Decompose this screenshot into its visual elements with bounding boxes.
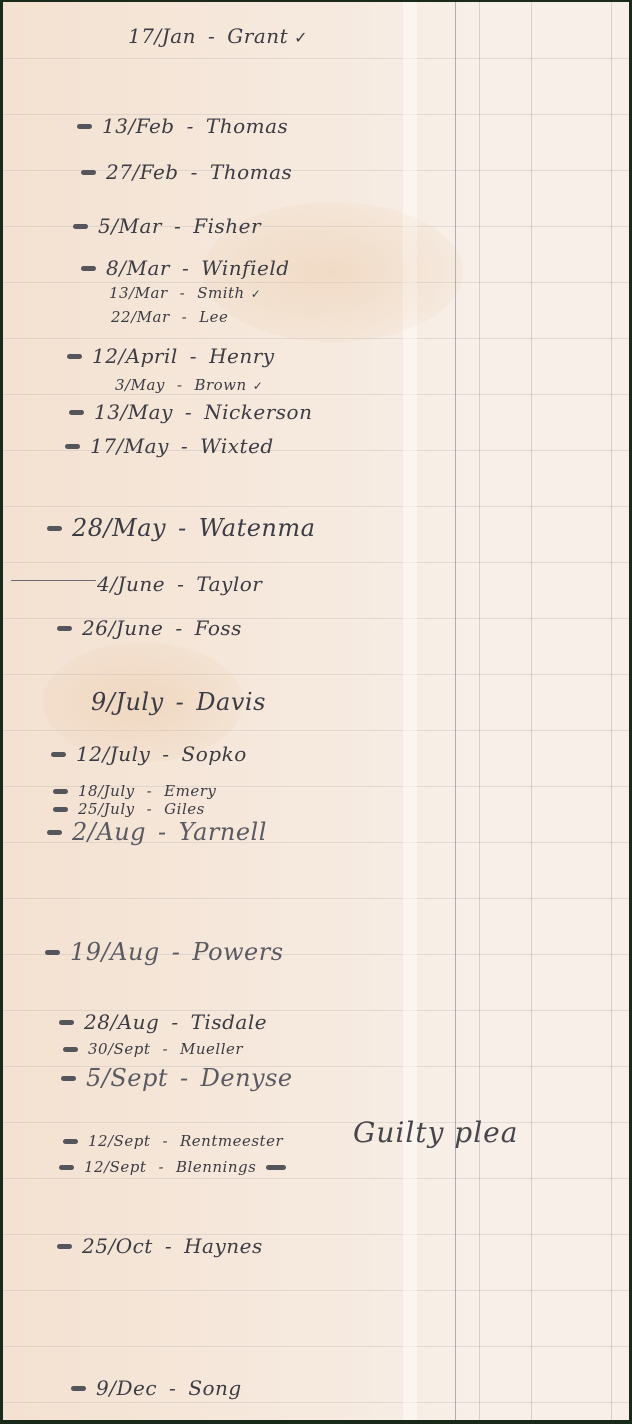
stray-pencil-line (11, 580, 96, 581)
entry-separator: - (165, 1234, 172, 1258)
entry-separator: - (175, 616, 182, 640)
entry-date: 26/June (82, 616, 163, 640)
entry-separator: - (182, 308, 188, 326)
entry-date: 13/Mar (109, 284, 168, 302)
entry-date: 30/Sept (88, 1040, 150, 1058)
bullet-dash-icon (45, 950, 60, 955)
entry-separator: - (158, 1158, 164, 1176)
list-item: 19/Aug - Powers (45, 938, 284, 966)
list-item: 17/May - Wixted (65, 434, 274, 458)
entry-separator: - (174, 214, 181, 238)
entry-name: Yarnell (179, 818, 267, 846)
list-item: 28/Aug - Tisdale (59, 1010, 267, 1034)
bullet-dash-icon (81, 266, 96, 271)
entry-date: 9/July (91, 688, 164, 716)
list-item: 5/Mar - Fisher (73, 214, 261, 238)
bullet-dash-icon (71, 1386, 86, 1391)
bullet-dash-icon (81, 170, 96, 175)
bullet-dash-icon (57, 626, 72, 631)
grid-line (3, 58, 629, 59)
entry-name: Grant (227, 24, 288, 48)
entry-date: 3/May (115, 376, 165, 394)
entry-name: Taylor (196, 572, 262, 596)
entry-separator: - (185, 400, 192, 424)
guilty-plea-annotation: Guilty plea (353, 1116, 518, 1149)
bullet-dash-icon (47, 526, 62, 531)
list-item: 26/June - Foss (57, 616, 242, 640)
list-item: 8/Mar - Winfield (81, 256, 290, 280)
entry-separator: - (147, 782, 153, 800)
entry-name: Smith (197, 284, 245, 302)
entry-separator: - (178, 514, 187, 542)
entry-name: Sopko (182, 742, 247, 766)
entry-date: 18/July (78, 782, 135, 800)
entry-name: Nickerson (204, 400, 312, 424)
grid-line (3, 898, 629, 899)
entry-name: Haynes (184, 1234, 263, 1258)
list-item: 28/May - Watenma (47, 514, 315, 542)
grid-line (3, 506, 629, 507)
entry-separator: - (171, 1010, 178, 1034)
entry-separator: - (172, 938, 181, 966)
entry-name: Emery (164, 782, 216, 800)
bullet-dash-icon (53, 807, 68, 812)
list-item: 3/May - Brown ✓ (115, 376, 263, 394)
grid-line (3, 562, 629, 563)
list-item: 12/July - Sopko (51, 742, 247, 766)
entry-date: 25/Oct (82, 1234, 153, 1258)
entry-separator: - (162, 1040, 168, 1058)
entry-date: 8/Mar (106, 256, 170, 280)
entry-date: 28/Aug (84, 1010, 159, 1034)
bullet-dash-icon (63, 1139, 78, 1144)
entry-date: 28/May (72, 514, 166, 542)
entry-date: 13/May (94, 400, 173, 424)
entry-name: Blennings (176, 1158, 256, 1176)
entry-name: Davis (196, 688, 266, 716)
entry-date: 2/Aug (72, 818, 146, 846)
grid-line-vertical (611, 2, 612, 1420)
entry-separator: - (158, 818, 167, 846)
entry-date: 17/Jan (128, 24, 196, 48)
entry-name: Wixted (200, 434, 274, 458)
list-item: 2/Aug - Yarnell (47, 818, 267, 846)
bullet-dash-icon (57, 1244, 72, 1249)
trailing-dash-icon (266, 1165, 286, 1170)
list-item: 12/Sept - Blennings (59, 1158, 286, 1176)
entry-name: Song (188, 1376, 241, 1400)
entry-separator: - (180, 1064, 189, 1092)
entry-name: Powers (192, 938, 283, 966)
bullet-dash-icon (63, 1047, 78, 1052)
list-item: 30/Sept - Mueller (63, 1040, 243, 1058)
checkmark-icon: ✓ (294, 28, 308, 47)
entry-separator: - (182, 256, 189, 280)
list-item: 13/May - Nickerson (69, 400, 312, 424)
entry-separator: - (191, 160, 198, 184)
entry-separator: - (147, 800, 153, 818)
entry-separator: - (162, 1132, 168, 1150)
entry-date: 12/Sept (84, 1158, 146, 1176)
bullet-dash-icon (61, 1076, 76, 1081)
list-item: 27/Feb - Thomas (81, 160, 292, 184)
checkmark-icon: ✓ (253, 379, 264, 393)
list-item: 25/Oct - Haynes (57, 1234, 263, 1258)
entry-name: Watenma (199, 514, 316, 542)
list-item: 9/Dec - Song (71, 1376, 242, 1400)
entry-name: Tisdale (191, 1010, 267, 1034)
grid-line (3, 1290, 629, 1291)
entry-name: Lee (199, 308, 228, 326)
bullet-dash-icon (73, 224, 88, 229)
list-item: 13/Mar - Smith ✓ (109, 284, 261, 302)
list-item: 18/July - Emery (53, 782, 216, 800)
bullet-dash-icon (67, 354, 82, 359)
entry-separator: - (181, 434, 188, 458)
entry-separator: - (177, 572, 184, 596)
entry-date: 12/July (76, 742, 150, 766)
entry-date: 19/Aug (70, 938, 160, 966)
checkmark-icon: ✓ (251, 287, 262, 301)
list-item: 12/Sept - Rentmeester (63, 1132, 283, 1150)
entry-separator: - (162, 742, 169, 766)
bullet-dash-icon (51, 752, 66, 757)
list-item: 9/July - Davis (91, 688, 266, 716)
entry-name: Fisher (193, 214, 261, 238)
entry-separator: - (177, 376, 183, 394)
grid-line-vertical (479, 2, 480, 1420)
entry-name: Foss (195, 616, 242, 640)
entry-date: 27/Feb (106, 160, 179, 184)
bullet-dash-icon (47, 830, 62, 835)
list-item: 17/Jan - Grant ✓ (128, 24, 308, 48)
entry-name: Rentmeester (180, 1132, 283, 1150)
grid-line (3, 1178, 629, 1179)
entry-name: Thomas (210, 160, 292, 184)
entry-separator: - (187, 114, 194, 138)
entry-separator: - (176, 688, 185, 716)
bullet-dash-icon (59, 1020, 74, 1025)
list-item: 25/July - Giles (53, 800, 205, 818)
entry-date: 5/Mar (98, 214, 162, 238)
entry-date: 17/May (90, 434, 169, 458)
handwritten-page: 17/Jan - Grant ✓ 13/Feb - Thomas 27/Feb … (3, 2, 629, 1420)
entry-date: 12/April (92, 344, 178, 368)
entry-date: 9/Dec (96, 1376, 157, 1400)
grid-line (3, 394, 629, 395)
bullet-dash-icon (53, 789, 68, 794)
list-item: 5/Sept - Denyse (61, 1064, 293, 1092)
grid-line (3, 1346, 629, 1347)
grid-line (3, 1122, 629, 1123)
bullet-dash-icon (65, 444, 80, 449)
entry-separator: - (190, 344, 197, 368)
entry-separator: - (208, 24, 215, 48)
entry-date: 22/Mar (111, 308, 170, 326)
entry-name: Brown (194, 376, 246, 394)
entry-date: 4/June (97, 572, 165, 596)
entry-separator: - (180, 284, 186, 302)
entry-date: 5/Sept (86, 1064, 168, 1092)
entry-name: Giles (164, 800, 205, 818)
bullet-dash-icon (77, 124, 92, 129)
list-item: 22/Mar - Lee (111, 308, 228, 326)
entry-date: 12/Sept (88, 1132, 150, 1150)
entry-date: 25/July (78, 800, 135, 818)
entry-separator: - (169, 1376, 176, 1400)
margin-line (455, 2, 456, 1420)
list-item: 12/April - Henry (67, 344, 275, 368)
entry-date: 13/Feb (102, 114, 175, 138)
list-item: 4/June - Taylor (97, 572, 262, 596)
entry-name: Denyse (201, 1064, 293, 1092)
list-item: 13/Feb - Thomas (77, 114, 288, 138)
entry-name: Thomas (206, 114, 288, 138)
bullet-dash-icon (69, 410, 84, 415)
grid-line (3, 1402, 629, 1403)
entry-name: Winfield (201, 256, 289, 280)
entry-name: Henry (209, 344, 275, 368)
bullet-dash-icon (59, 1165, 74, 1170)
entry-name: Mueller (180, 1040, 243, 1058)
grid-line-vertical (531, 2, 532, 1420)
